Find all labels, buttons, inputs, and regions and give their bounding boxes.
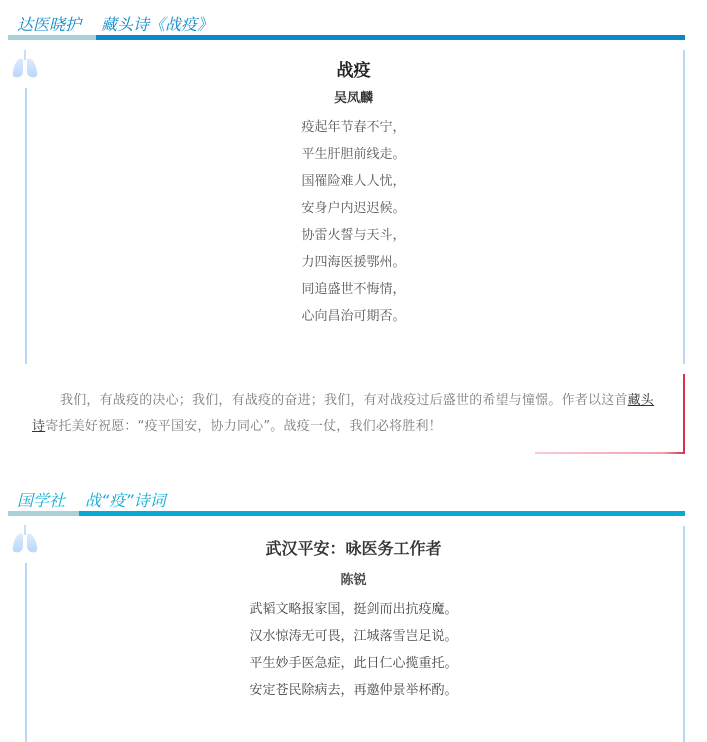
poem-title: 战疫 <box>0 60 707 82</box>
poem-line: 平生肝胆前线走。 <box>0 141 707 168</box>
header-bar-right <box>96 35 685 40</box>
poem-1: 战疫 吴凤麟 疫起年节春不宁， 平生肝胆前线走。 国罹险难人人忧， 安身户内迟迟… <box>0 60 707 330</box>
header-bar-left <box>8 35 96 40</box>
poem-lines: 疫起年节春不宁， 平生肝胆前线走。 国罹险难人人忧， 安身户内迟迟候。 协雷火誓… <box>0 114 707 330</box>
header-bar-right <box>79 511 685 516</box>
poem-line: 国罹险难人人忧， <box>0 168 707 195</box>
section-title-1: 达医晓护藏头诗《战疫》 <box>17 12 213 35</box>
section-1-topic: 藏头诗《战疫》 <box>101 15 213 34</box>
section-title-2: 国学社战“疫”诗词 <box>17 488 166 511</box>
poem-line: 心向昌治可期否。 <box>0 303 707 330</box>
poem-line: 安身户内迟迟候。 <box>0 195 707 222</box>
commentary-text-1: 我们，有战疫的决心；我们，有战疫的奋进；我们，有对战疫过后盛世的希望与憧憬。作者… <box>60 393 628 408</box>
commentary-paragraph: 我们，有战疫的决心；我们，有战疫的奋进；我们，有对战疫过后盛世的希望与憧憬。作者… <box>32 388 662 440</box>
poem-line: 安定苍民除病去，再邀仲景举杯酌。 <box>0 677 707 704</box>
commentary-right-border <box>683 374 685 454</box>
section-2-column-name: 国学社 <box>17 491 65 510</box>
poem-2: 武汉平安：咏医务工作者 陈锐 武韬文略报家国，挺剑而出抗疫魔。 汉水惊涛无可畏，… <box>0 538 707 704</box>
poem-line: 平生妙手医急症，此日仁心揽重托。 <box>0 650 707 677</box>
poem-author: 吴凤麟 <box>0 90 707 108</box>
poem-line: 同追盛世不悔情， <box>0 276 707 303</box>
poem-line: 武韬文略报家国，挺剑而出抗疫魔。 <box>0 596 707 623</box>
poem-title: 武汉平安：咏医务工作者 <box>0 538 707 560</box>
commentary-text-2: 寄托美好祝愿：“疫平国安，协力同心”。战疫一仗，我们必将胜利！ <box>45 419 442 434</box>
poem-author: 陈锐 <box>0 572 707 590</box>
poem-line: 力四海医援鄂州。 <box>0 249 707 276</box>
poem-line: 疫起年节春不宁， <box>0 114 707 141</box>
section-2-topic: 战“疫”诗词 <box>85 491 166 510</box>
commentary-bottom-border <box>535 452 685 454</box>
header-bar-left <box>8 511 79 516</box>
section-1-column-name: 达医晓护 <box>17 15 81 34</box>
poem-line: 协雷火誓与天斗， <box>0 222 707 249</box>
poem-line: 汉水惊涛无可畏，江城落雪岂足说。 <box>0 623 707 650</box>
poem-lines: 武韬文略报家国，挺剑而出抗疫魔。 汉水惊涛无可畏，江城落雪岂足说。 平生妙手医急… <box>0 596 707 704</box>
